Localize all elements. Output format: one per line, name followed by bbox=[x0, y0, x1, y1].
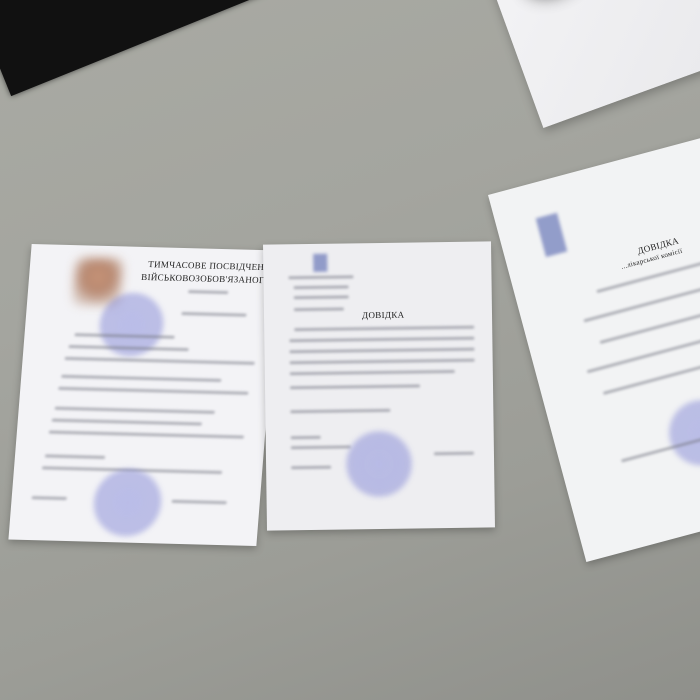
temporary-certificate-document: ТИМЧАСОВЕ ПОСВІДЧЕННЯ ВІЙСЬКОВОЗОБОВ'ЯЗА… bbox=[8, 244, 279, 546]
blur-text bbox=[289, 337, 474, 343]
blur-text bbox=[49, 431, 244, 439]
blur-text bbox=[291, 436, 321, 439]
doc1-title-line1: ТИМЧАСОВЕ ПОСВІДЧЕННЯ bbox=[148, 259, 278, 272]
desk-scene: ТИМЧАСОВЕ ПОСВІДЧЕННЯ ВІЙСЬКОВОЗОБОВ'ЯЗА… bbox=[0, 0, 700, 700]
blur-text bbox=[288, 275, 353, 279]
dark-smudge bbox=[517, 0, 587, 5]
blur-text bbox=[290, 370, 455, 375]
top-right-paper bbox=[475, 0, 700, 128]
dark-object bbox=[0, 0, 345, 96]
blur-text bbox=[294, 285, 349, 289]
doc2-title: ДОВІДКА bbox=[362, 310, 405, 321]
blur-text bbox=[291, 466, 331, 470]
stamp bbox=[659, 390, 700, 476]
blur-text bbox=[61, 375, 221, 382]
blur-text bbox=[290, 409, 390, 413]
blur-text bbox=[45, 454, 105, 459]
blur-text bbox=[181, 312, 246, 317]
blur-text bbox=[290, 384, 420, 389]
blur-text bbox=[65, 357, 255, 365]
blur-text bbox=[289, 348, 474, 354]
blur-text bbox=[55, 407, 215, 414]
blur-text bbox=[188, 290, 228, 294]
blur-text bbox=[434, 452, 474, 456]
blur-text bbox=[172, 500, 227, 504]
blur-text bbox=[291, 445, 351, 449]
blur-text bbox=[294, 326, 474, 332]
emblem-icon bbox=[313, 254, 327, 272]
certificate-right-document: ДОВІДКА ...лікарської комісії bbox=[488, 128, 700, 562]
blur-text bbox=[294, 295, 349, 299]
blur-text bbox=[294, 307, 344, 311]
blur-text bbox=[58, 387, 248, 395]
certificate-center-document: ДОВІДКА bbox=[263, 241, 495, 530]
emblem-icon bbox=[536, 213, 568, 257]
blur-text bbox=[32, 496, 67, 500]
doc1-title-line2: ВІЙСЬКОВОЗОБОВ'ЯЗАНОГО bbox=[141, 272, 272, 285]
stamp bbox=[89, 466, 167, 540]
blur-text bbox=[290, 359, 475, 365]
blur-text bbox=[52, 419, 202, 426]
stamp bbox=[344, 429, 415, 500]
